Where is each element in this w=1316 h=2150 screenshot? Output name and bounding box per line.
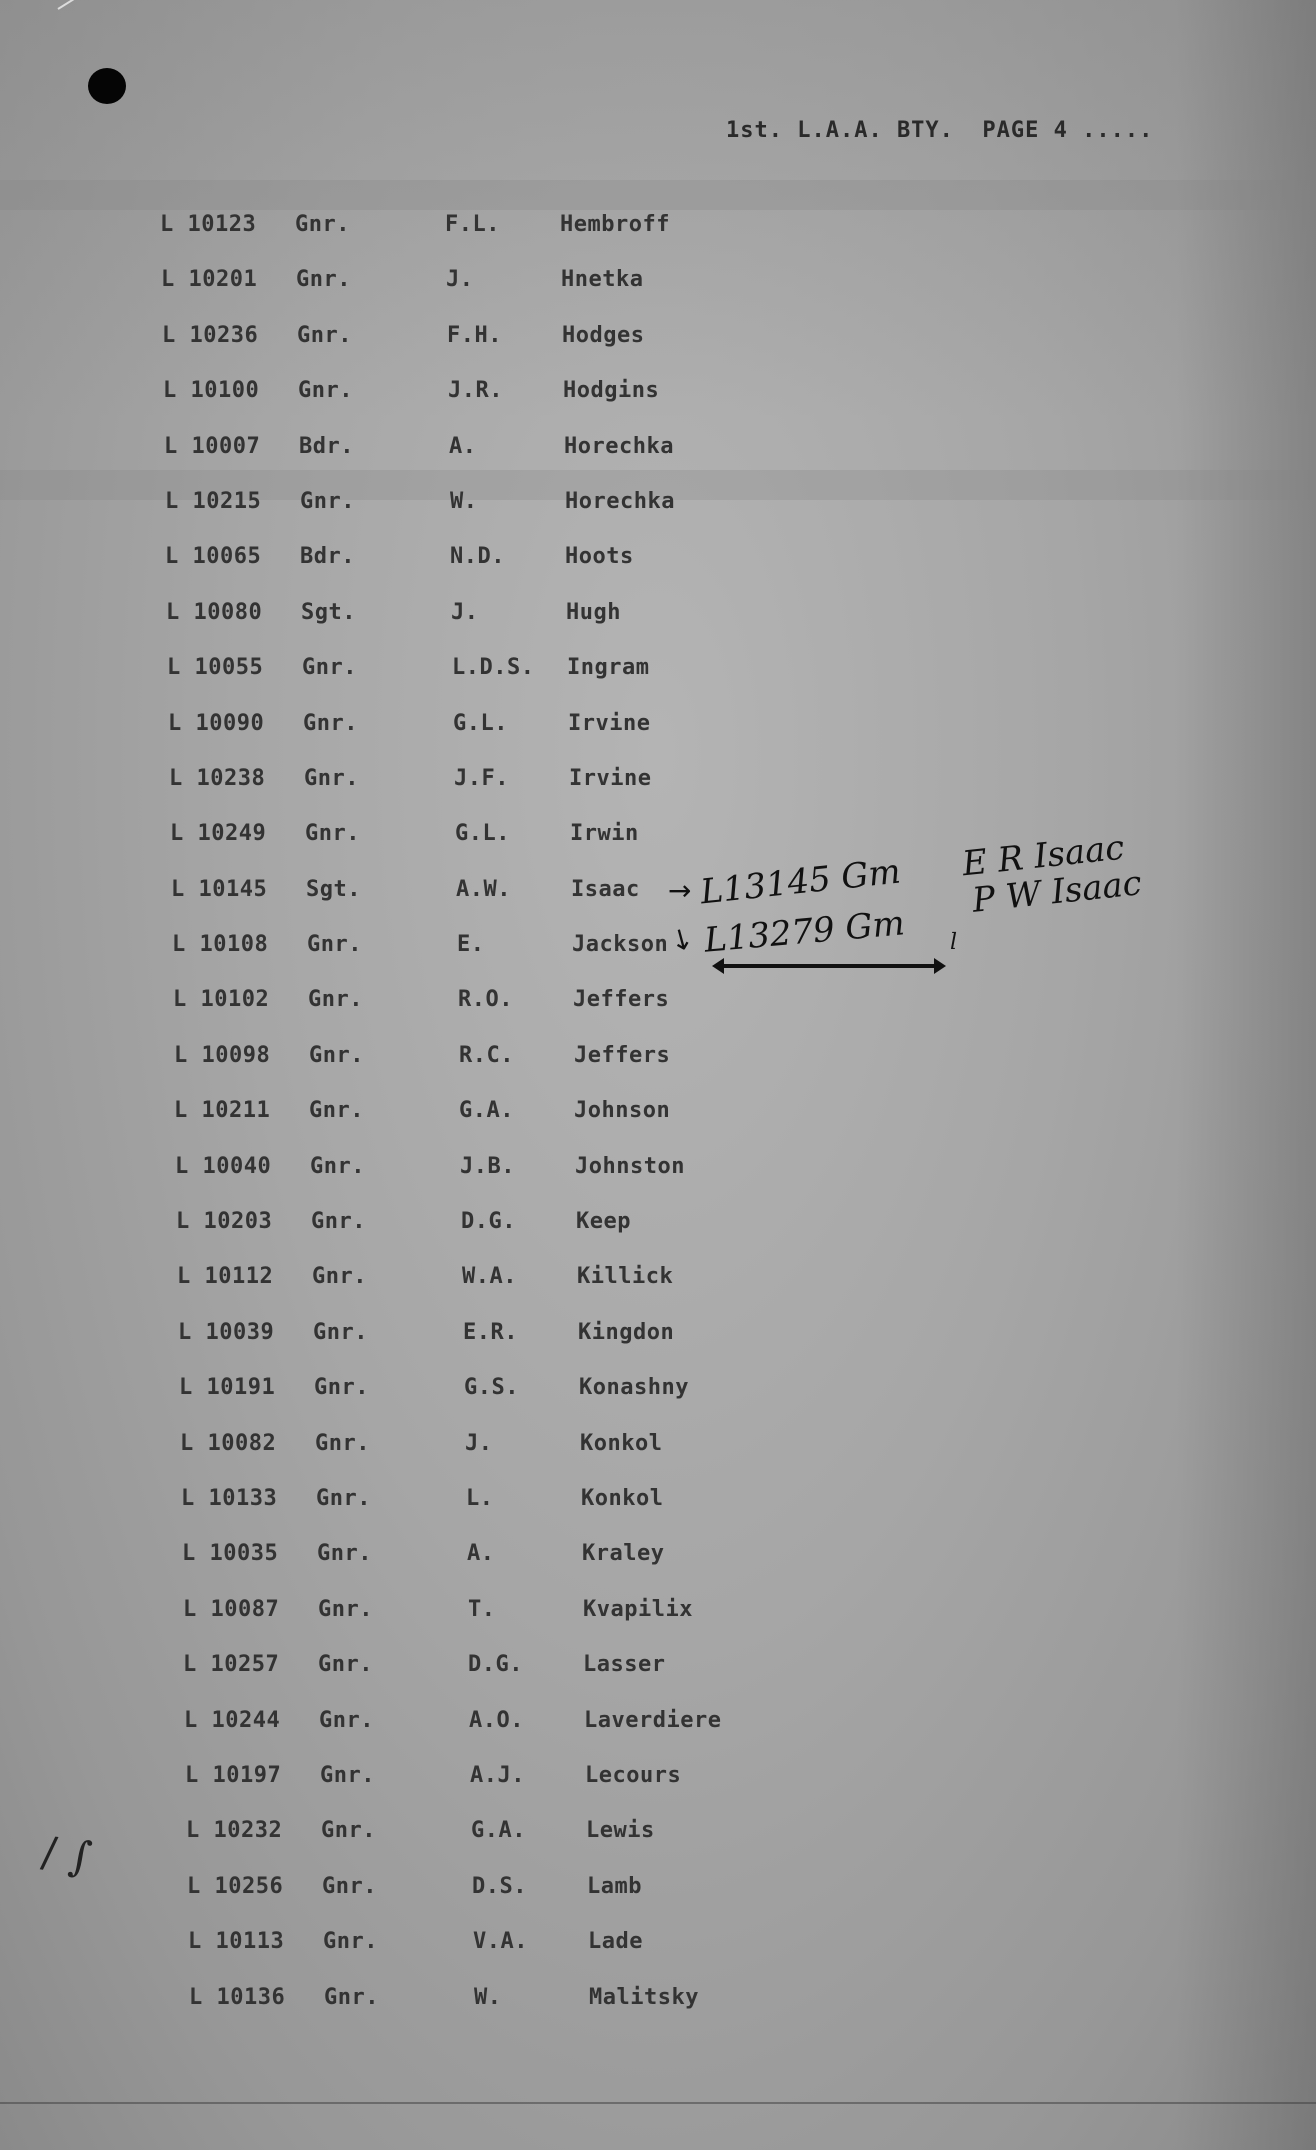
service-number: L 10257 [183, 1652, 279, 1677]
rank: Gnr. [295, 212, 350, 237]
rank: Gnr. [309, 1098, 364, 1123]
surname: Lade [588, 1929, 643, 1954]
roster-row: L 10257Gnr.D.G.Lasser [183, 1652, 189, 1707]
surname: Ingram [567, 655, 649, 680]
initials: E. [457, 932, 485, 957]
service-number: L 10087 [183, 1597, 279, 1622]
initials: J. [446, 267, 474, 292]
initials: R.C. [459, 1043, 514, 1068]
surname: Malitsky [589, 1985, 699, 2010]
initials: W. [450, 489, 478, 514]
service-number: L 10123 [160, 212, 256, 237]
roster-row: L 10232Gnr.G.A.Lewis [186, 1818, 189, 1873]
service-number: L 10082 [180, 1431, 276, 1456]
service-number: L 10098 [174, 1043, 270, 1068]
rank: Gnr. [318, 1597, 373, 1622]
initials: A. [467, 1541, 495, 1566]
service-number: L 10112 [177, 1264, 273, 1289]
surname: Johnston [575, 1154, 685, 1179]
rank: Gnr. [316, 1486, 371, 1511]
initials: V.A. [473, 1929, 528, 1954]
initials: G.A. [471, 1818, 526, 1843]
roster-row: L 10215Gnr.W.Horechka [165, 489, 189, 544]
roster-row: L 10108Gnr.E.Jackson [172, 932, 189, 987]
roster-row: L 10100Gnr.J.R.Hodgins [163, 378, 189, 433]
initials: F.L. [445, 212, 500, 237]
surname: Laverdiere [584, 1708, 721, 1733]
rank: Sgt. [301, 600, 356, 625]
margin-pencil-mark: / ∫ [39, 1827, 95, 1882]
rank: Gnr. [302, 655, 357, 680]
service-number: L 10249 [170, 821, 266, 846]
rank: Gnr. [309, 1043, 364, 1068]
service-number: L 10191 [179, 1375, 275, 1400]
rank: Gnr. [304, 766, 359, 791]
initials: A. [449, 434, 477, 459]
surname: Irwin [570, 821, 639, 846]
arrow-down-right-icon: ↘ [663, 918, 700, 958]
rank: Gnr. [318, 1652, 373, 1677]
rank: Bdr. [299, 434, 354, 459]
service-number: L 10102 [173, 987, 269, 1012]
arrow-right-icon: → [668, 874, 691, 907]
initials: G.A. [459, 1098, 514, 1123]
scanned-document-page: 1st. L.A.A. BTY. PAGE 4 ..... L 10123Gnr… [0, 0, 1316, 2150]
surname: Lewis [586, 1818, 655, 1843]
roster-row: L 10244Gnr.A.O.Laverdiere [184, 1708, 189, 1763]
rank: Gnr. [321, 1818, 376, 1843]
roster-row: L 10113Gnr.V.A.Lade [188, 1929, 189, 1984]
rank: Gnr. [300, 489, 355, 514]
rank: Gnr. [317, 1541, 372, 1566]
roster-row: L 10087Gnr.T.Kvapilix [183, 1597, 189, 1652]
roster-row: L 10203Gnr.D.G.Keep [176, 1209, 189, 1264]
roster-row: L 10065Bdr.N.D.Hoots [165, 544, 189, 599]
fold-line [0, 2102, 1316, 2104]
roster-row: L 10039Gnr.E.R.Kingdon [178, 1320, 189, 1375]
service-number: L 10108 [172, 932, 268, 957]
surname: Jackson [572, 932, 668, 957]
rank: Gnr. [319, 1708, 374, 1733]
roster-row: L 10249Gnr.G.L.Irwin [170, 821, 189, 876]
service-number: L 10244 [184, 1708, 280, 1733]
initials: F.H. [447, 323, 502, 348]
handwritten-mark: l [950, 930, 957, 955]
roster-row: L 10145Sgt.A.W.Isaac [171, 877, 189, 932]
rank: Gnr. [297, 323, 352, 348]
initials: E.R. [463, 1320, 518, 1345]
initials: R.O. [458, 987, 513, 1012]
roster-row: L 10007Bdr.A.Horechka [164, 434, 189, 489]
surname: Hugh [566, 600, 621, 625]
service-number: L 10136 [189, 1985, 285, 2010]
initials: T. [468, 1597, 496, 1622]
initials: N.D. [450, 544, 505, 569]
roster-row: L 10236Gnr.F.H.Hodges [162, 323, 189, 378]
service-number: L 10133 [181, 1486, 277, 1511]
rank: Gnr. [322, 1874, 377, 1899]
service-number: L 10232 [186, 1818, 282, 1843]
surname: Jeffers [573, 987, 669, 1012]
initials: J.R. [448, 378, 503, 403]
surname: Hnetka [561, 267, 643, 292]
initials: A.O. [469, 1708, 524, 1733]
rank: Gnr. [307, 932, 362, 957]
service-number: L 10035 [182, 1541, 278, 1566]
double-arrow-strike-icon [718, 964, 940, 968]
surname: Hodges [562, 323, 644, 348]
handwritten-number-2: L13279 Gm [703, 903, 907, 960]
rank: Gnr. [314, 1375, 369, 1400]
service-number: L 10055 [167, 655, 263, 680]
surname: Horechka [564, 434, 674, 459]
initials: J.B. [460, 1154, 515, 1179]
service-number: L 10238 [169, 766, 265, 791]
service-number: L 10007 [164, 434, 260, 459]
rank: Gnr. [311, 1209, 366, 1234]
rank: Gnr. [296, 267, 351, 292]
roster-row: L 10098Gnr.R.C.Jeffers [174, 1043, 189, 1098]
surname: Lasser [583, 1652, 665, 1677]
scan-band [0, 180, 1316, 210]
rank: Gnr. [310, 1154, 365, 1179]
rank: Gnr. [313, 1320, 368, 1345]
service-number: L 10090 [168, 711, 264, 736]
initials: J.F. [454, 766, 509, 791]
initials: G.L. [453, 711, 508, 736]
initials: A.W. [456, 877, 511, 902]
surname: Johnson [574, 1098, 670, 1123]
rank: Gnr. [312, 1264, 367, 1289]
initials: J. [451, 600, 479, 625]
roster-row: L 10201Gnr.J.Hnetka [161, 267, 189, 322]
hole-punch-icon [88, 68, 126, 104]
roster-row: L 10191Gnr.G.S.Konashny [179, 1375, 189, 1430]
roster-row: L 10211Gnr.G.A.Johnson [174, 1098, 189, 1153]
initials: W.A. [462, 1264, 517, 1289]
service-number: L 10197 [185, 1763, 281, 1788]
surname: Kraley [582, 1541, 664, 1566]
roster-row: L 10090Gnr.G.L.Irvine [168, 711, 189, 766]
surname: Konkol [581, 1486, 663, 1511]
rank: Gnr. [324, 1985, 379, 2010]
roster-row: L 10082Gnr.J.Konkol [180, 1431, 189, 1486]
service-number: L 10100 [163, 378, 259, 403]
surname: Lecours [585, 1763, 681, 1788]
surname: Isaac [571, 877, 640, 902]
roster-row: L 10133Gnr.L.Konkol [181, 1486, 189, 1541]
initials: W. [474, 1985, 502, 2010]
roster-row: L 10035Gnr.A.Kraley [182, 1541, 189, 1596]
surname: Konkol [580, 1431, 662, 1456]
surname: Killick [577, 1264, 673, 1289]
service-number: L 10080 [166, 600, 262, 625]
surname: Irvine [568, 711, 650, 736]
service-number: L 10203 [176, 1209, 272, 1234]
surname: Hembroff [560, 212, 670, 237]
surname: Kingdon [578, 1320, 674, 1345]
initials: D.S. [472, 1874, 527, 1899]
roster-row: L 10055Gnr.L.D.S.Ingram [167, 655, 189, 710]
service-number: L 10236 [162, 323, 258, 348]
service-number: L 10201 [161, 267, 257, 292]
initials: D.G. [468, 1652, 523, 1677]
rank: Bdr. [300, 544, 355, 569]
surname: Horechka [565, 489, 675, 514]
service-number: L 10215 [165, 489, 261, 514]
roster-row: L 10080Sgt.J.Hugh [166, 600, 189, 655]
rank: Gnr. [320, 1763, 375, 1788]
rank: Gnr. [315, 1431, 370, 1456]
surname: Hodgins [563, 378, 659, 403]
service-number: L 10039 [178, 1320, 274, 1345]
surname: Keep [576, 1209, 631, 1234]
roster-row: L 10040Gnr.J.B.Johnston [175, 1154, 189, 1209]
rank: Gnr. [298, 378, 353, 403]
initials: G.S. [464, 1375, 519, 1400]
service-number: L 10113 [188, 1929, 284, 1954]
surname: Konashny [579, 1375, 689, 1400]
rank: Gnr. [308, 987, 363, 1012]
roster-row: L 10102Gnr.R.O.Jeffers [173, 987, 189, 1042]
surname: Hoots [565, 544, 634, 569]
rank: Gnr. [323, 1929, 378, 1954]
scan-shading-right [1176, 0, 1316, 2150]
roster-row: L 10256Gnr.D.S.Lamb [187, 1874, 189, 1929]
scan-shading-top [0, 0, 1316, 420]
roster-row: L 10238Gnr.J.F.Irvine [169, 766, 189, 821]
service-number: L 10040 [175, 1154, 271, 1179]
page-header: 1st. L.A.A. BTY. PAGE 4 ..... [726, 118, 1153, 143]
surname: Kvapilix [583, 1597, 693, 1622]
initials: L.D.S. [452, 655, 534, 680]
rank: Gnr. [303, 711, 358, 736]
surname: Irvine [569, 766, 651, 791]
service-number: L 10065 [165, 544, 261, 569]
initials: D.G. [461, 1209, 516, 1234]
surname: Lamb [587, 1874, 642, 1899]
service-number: L 10145 [171, 877, 267, 902]
initials: J. [465, 1431, 493, 1456]
rank: Sgt. [306, 877, 361, 902]
surname: Jeffers [574, 1043, 670, 1068]
roster-row: L 10197Gnr.A.J.Lecours [185, 1763, 189, 1818]
roster-list: L 10123Gnr.F.L.HembroffL 10201Gnr.J.Hnet… [160, 212, 189, 2040]
initials: G.L. [455, 821, 510, 846]
handwritten-number-1: L13145 Gm [698, 852, 902, 913]
initials: A.J. [470, 1763, 525, 1788]
roster-row: L 10123Gnr.F.L.Hembroff [160, 212, 189, 267]
roster-row: L 10112Gnr.W.A.Killick [177, 1264, 189, 1319]
service-number: L 10256 [187, 1874, 283, 1899]
initials: L. [466, 1486, 494, 1511]
rank: Gnr. [305, 821, 360, 846]
service-number: L 10211 [174, 1098, 270, 1123]
